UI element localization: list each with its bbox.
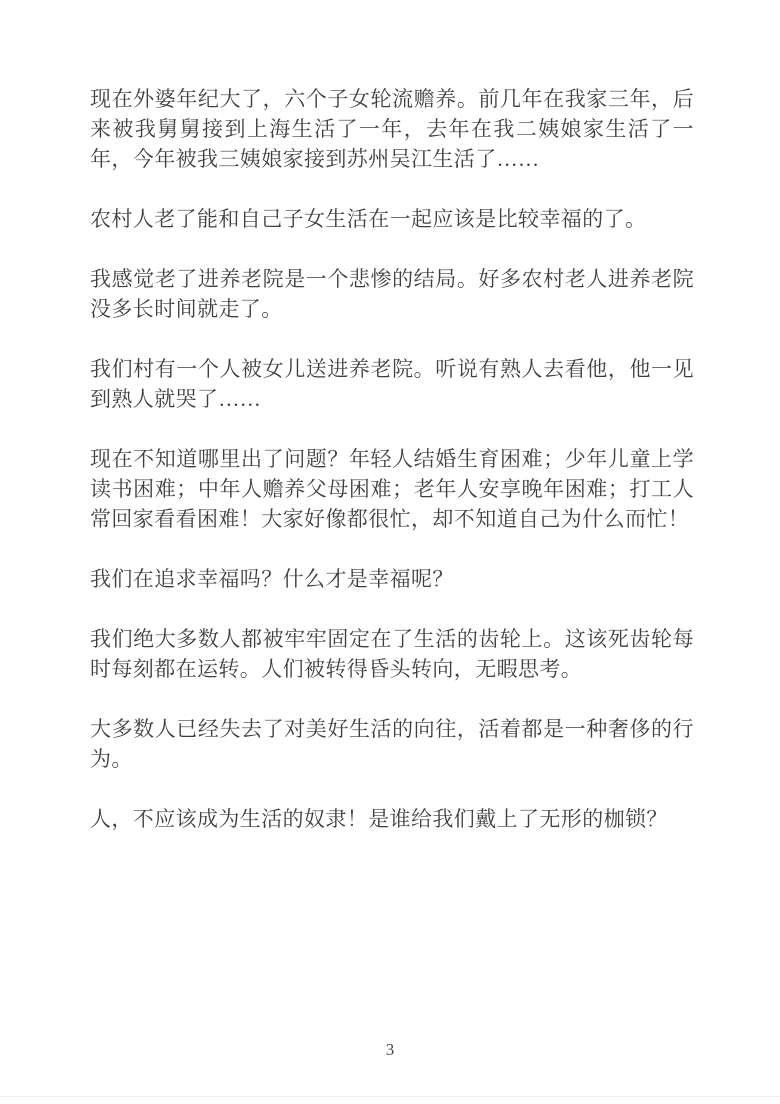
page-footer: 3 (0, 1040, 780, 1060)
paragraph: 我感觉老了进养老院是一个悲惨的结局。好多农村老人进养老院没多长时间就走了。 (90, 264, 694, 324)
document-page: 现在外婆年纪大了，六个子女轮流赡养。前几年在我家三年，后来被我舅舅接到上海生活了… (0, 0, 780, 1104)
paragraph: 我们绝大多数人都被牢牢固定在了生活的齿轮上。这该死齿轮每时每刻都在运转。人们被转… (90, 624, 694, 684)
document-body: 现在外婆年纪大了，六个子女轮流赡养。前几年在我家三年，后来被我舅舅接到上海生活了… (90, 84, 694, 864)
page-bottom-edge (0, 1096, 780, 1104)
paragraph: 农村人老了能和自己子女生活在一起应该是比较幸福的了。 (90, 204, 694, 234)
paragraph: 大多数人已经失去了对美好生活的向往，活着都是一种奢侈的行为。 (90, 714, 694, 774)
page-number: 3 (386, 1040, 395, 1059)
paragraph: 人，不应该成为生活的奴隶！是谁给我们戴上了无形的枷锁？ (90, 804, 694, 834)
paragraph: 我们在追求幸福吗？什么才是幸福呢？ (90, 564, 694, 594)
paragraph: 我们村有一个人被女儿送进养老院。听说有熟人去看他，他一见到熟人就哭了…… (90, 354, 694, 414)
paragraph: 现在不知道哪里出了问题？年轻人结婚生育困难；少年儿童上学读书困难；中年人赡养父母… (90, 444, 694, 534)
paragraph: 现在外婆年纪大了，六个子女轮流赡养。前几年在我家三年，后来被我舅舅接到上海生活了… (90, 84, 694, 174)
